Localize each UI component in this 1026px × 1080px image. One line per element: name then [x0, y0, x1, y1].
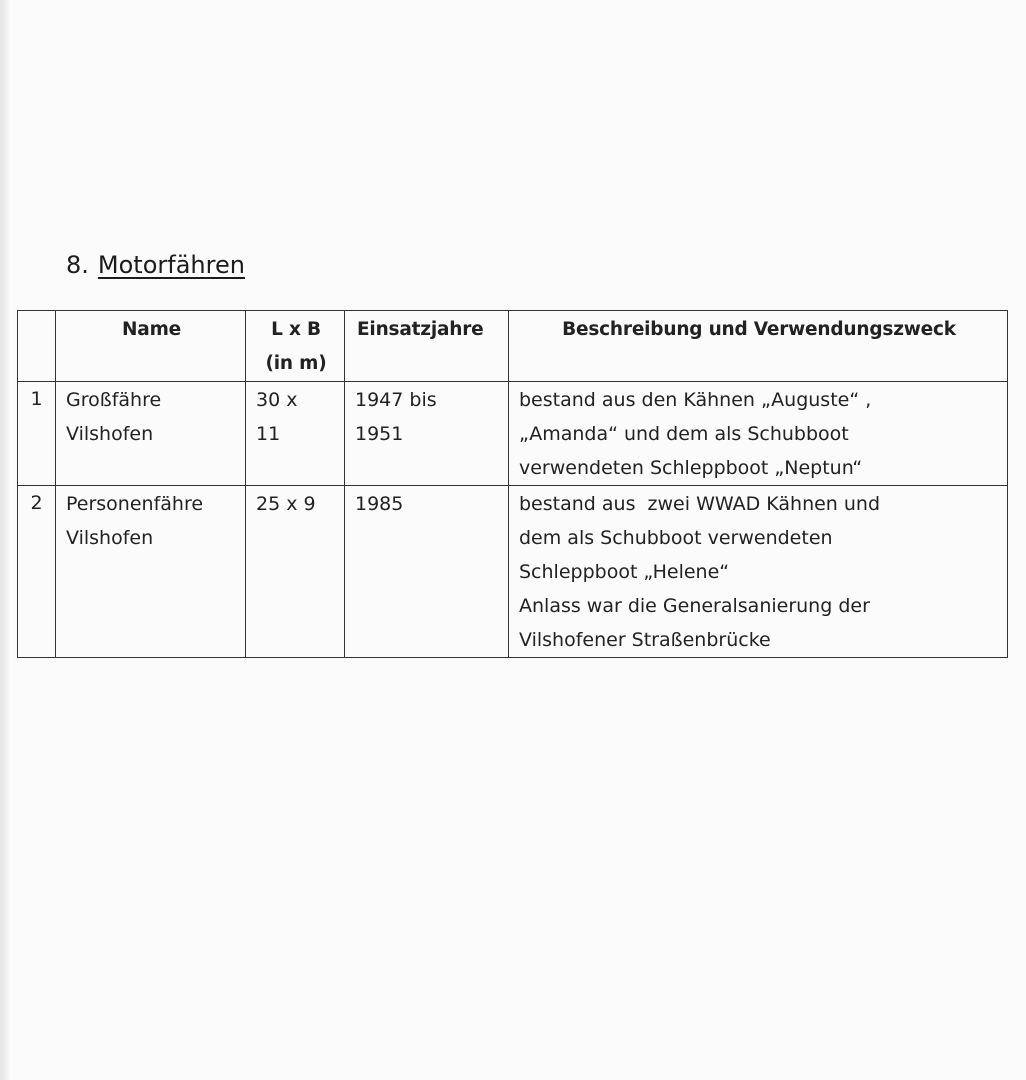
- row-description-line: Vilshofener Straßenbrücke: [519, 623, 999, 657]
- row-name-line: Personenfähre: [66, 487, 237, 521]
- row-years-line: 1951: [355, 417, 500, 451]
- row-size: 25 x 9: [246, 486, 345, 658]
- row-name-line: Vilshofen: [66, 521, 237, 555]
- row-size-line: 11: [256, 417, 336, 451]
- scan-page-edge: [0, 0, 9, 1080]
- table-row: 1 Großfähre Vilshofen 30 x 11 1947 bis 1…: [18, 382, 1008, 486]
- row-description-line: Anlass war die Generalsanierung der: [519, 589, 999, 623]
- header-size: L x B (in m): [246, 311, 345, 382]
- ferries-table: Name L x B (in m) Einsatzjahre Beschreib…: [17, 310, 1008, 658]
- row-size-line: 30 x: [256, 383, 336, 417]
- section-number: 8.: [66, 251, 89, 279]
- header-name: Name: [56, 311, 246, 382]
- row-name-line: Großfähre: [66, 383, 237, 417]
- row-size-line: 25 x 9: [256, 487, 336, 521]
- row-description-line: bestand aus den Kähnen „Auguste“ ,: [519, 383, 999, 417]
- header-index: [18, 311, 56, 382]
- header-size-line1: L x B: [256, 313, 336, 347]
- row-index: 1: [18, 382, 56, 486]
- header-years: Einsatzjahre: [345, 311, 509, 382]
- row-description: bestand aus zwei WWAD Kähnen und dem als…: [509, 486, 1008, 658]
- header-description: Beschreibung und Verwendungszweck: [509, 311, 1008, 382]
- row-years: 1985: [345, 486, 509, 658]
- table-row: 2 Personenfähre Vilshofen 25 x 9 1985 be…: [18, 486, 1008, 658]
- row-description-line: verwendeten Schleppboot „Neptun“: [519, 451, 999, 485]
- row-name: Personenfähre Vilshofen: [56, 486, 246, 658]
- header-size-line2: (in m): [256, 347, 336, 381]
- row-years-line: 1947 bis: [355, 383, 500, 417]
- section-title: Motorfähren: [98, 251, 245, 279]
- table-header-row: Name L x B (in m) Einsatzjahre Beschreib…: [18, 311, 1008, 382]
- row-description-line: bestand aus zwei WWAD Kähnen und: [519, 487, 999, 521]
- row-size: 30 x 11: [246, 382, 345, 486]
- row-description-line: dem als Schubboot verwendeten: [519, 521, 999, 555]
- row-description-line: „Amanda“ und dem als Schubboot: [519, 417, 999, 451]
- section-heading: 8.Motorfähren: [66, 250, 245, 280]
- row-name: Großfähre Vilshofen: [56, 382, 246, 486]
- row-years-line: 1985: [355, 487, 500, 521]
- row-description-line: Schleppboot „Helene“: [519, 555, 999, 589]
- row-description: bestand aus den Kähnen „Auguste“ , „Aman…: [509, 382, 1008, 486]
- row-years: 1947 bis 1951: [345, 382, 509, 486]
- row-index: 2: [18, 486, 56, 658]
- row-name-line: Vilshofen: [66, 417, 237, 451]
